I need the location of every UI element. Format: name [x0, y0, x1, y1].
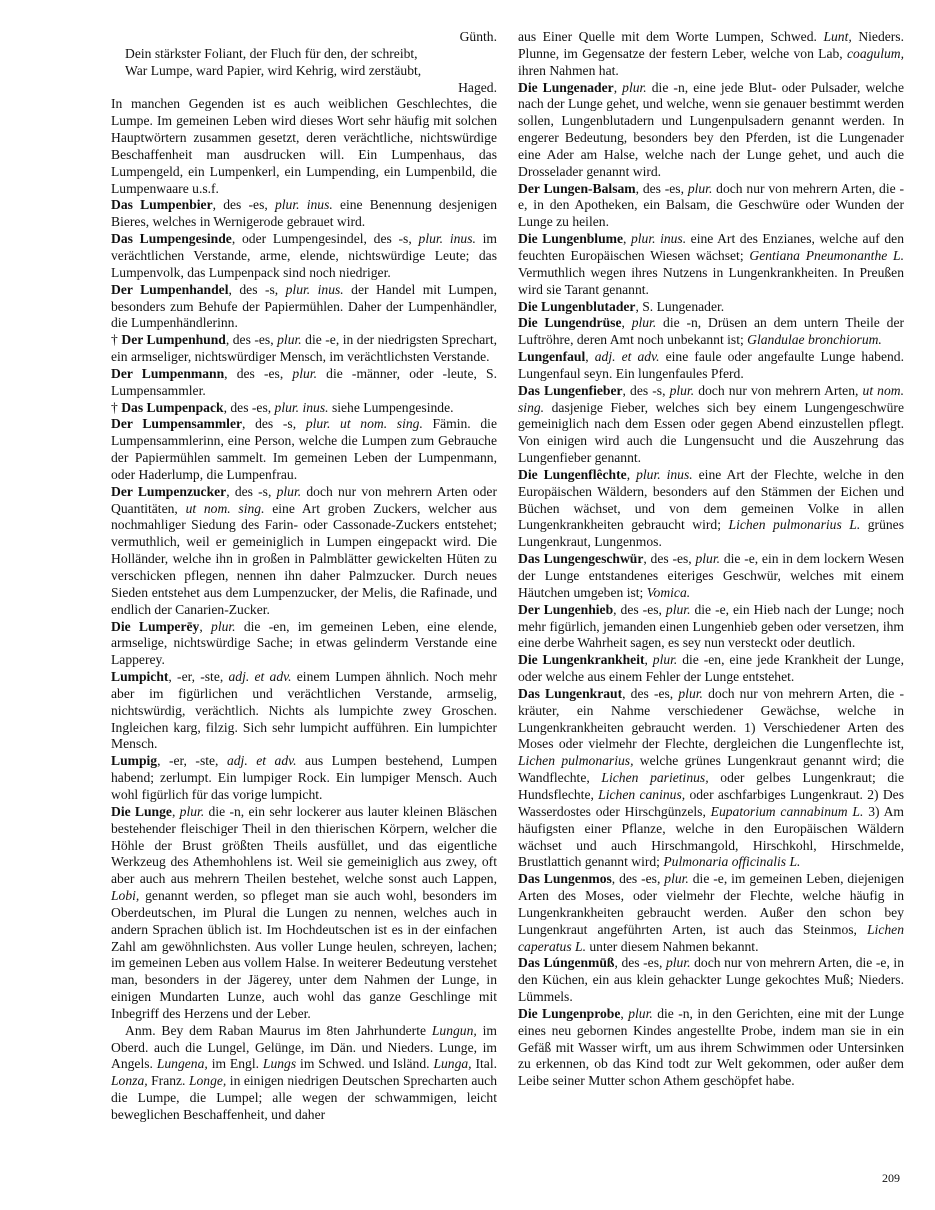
italic-term: plur. inus.	[636, 467, 693, 482]
entry-text: †	[111, 332, 121, 347]
italic-term: plur.	[277, 484, 302, 499]
italic-term: Eupatorium cannabinum L.	[711, 804, 864, 819]
italic-term: plur.	[180, 804, 205, 819]
left-column: Günth.Dein stärkster Foliant, der Fluch …	[111, 29, 497, 1124]
headword: Das Lúngenmūß	[518, 955, 615, 970]
italic-term: Lichen caninus,	[598, 787, 685, 802]
entry-text: , des -es,	[612, 871, 664, 886]
entry-text: siehe Lumpengesinde.	[329, 400, 454, 415]
italic-term: adj. et adv.	[227, 753, 297, 768]
entry-text: ,	[199, 619, 211, 634]
dictionary-entry: In manchen Gegenden ist es auch weiblich…	[111, 96, 497, 197]
entry-text: genannt werden, so pfleget man sie auch …	[111, 888, 497, 1021]
dictionary-entry: Anm. Bey dem Raban Maurus im 8ten Jahrhu…	[111, 1023, 497, 1124]
dictionary-entry: Die Lungendrüse, plur. die -n, Drüsen an…	[518, 315, 904, 349]
italic-term: adj. et adv.	[228, 669, 291, 684]
italic-term: plur.	[666, 602, 691, 617]
italic-term: plur.	[695, 551, 720, 566]
entry-text: , des -s,	[229, 282, 286, 297]
italic-term: Glandulae bronchiorum.	[747, 332, 882, 347]
italic-term: Lichen parietinus,	[601, 770, 708, 785]
italic-term: plur.	[666, 955, 691, 970]
dictionary-entry: † Das Lumpenpack, des -es, plur. inus. s…	[111, 400, 497, 417]
entry-text: aus Einer Quelle mit dem Worte Lumpen, S…	[518, 29, 823, 44]
italic-term: plur. ut nom. sing.	[306, 416, 423, 431]
entry-text: , des -es,	[213, 197, 275, 212]
entry-text: ,	[645, 652, 653, 667]
italic-term: Lobi,	[111, 888, 139, 903]
headword: Der Lumpensammler	[111, 416, 242, 431]
italic-term: Pulmonaria officinalis L.	[663, 854, 800, 869]
dictionary-entry: Haged.	[111, 80, 497, 97]
entry-text: Dein stärkster Foliant, der Fluch für de…	[125, 46, 418, 61]
italic-term: plur. inus.	[286, 282, 344, 297]
entry-text: , des -s,	[226, 484, 276, 499]
headword: Das Lungenkraut	[518, 686, 622, 701]
italic-term: plur.	[678, 686, 703, 701]
italic-term: Lichen pulmonarius,	[518, 753, 633, 768]
dictionary-entry: † Der Lumpenhund, des -es, plur. die -e,…	[111, 332, 497, 366]
headword: Der Lungenhieb	[518, 602, 613, 617]
dictionary-entry: Der Lumpenzucker, des -s, plur. doch nur…	[111, 484, 497, 619]
dictionary-entry: Das Lungenfieber, des -s, plur. doch nur…	[518, 383, 904, 467]
dictionary-entry: Die Lungenblutader, S. Lungenader.	[518, 299, 904, 316]
italic-term: Lungun,	[432, 1023, 477, 1038]
entry-text: , des -es,	[643, 551, 695, 566]
headword: Das Lumpenpack	[121, 400, 223, 415]
dictionary-entry: Lumpicht, -er, -ste, adj. et adv. einem …	[111, 669, 497, 753]
entry-text: , des -s,	[242, 416, 306, 431]
entry-text: Ital.	[472, 1056, 497, 1071]
headword: Der Lumpenzucker	[111, 484, 226, 499]
italic-term: Lunga,	[433, 1056, 471, 1071]
entry-text: dasjenige Fieber, welches sich bey einem…	[518, 400, 904, 466]
italic-term: Longe,	[189, 1073, 226, 1088]
italic-term: plur.	[277, 332, 302, 347]
italic-term: Gentiana Pneumonanthe L.	[749, 248, 904, 263]
entry-text: Anm. Bey dem Raban Maurus im 8ten Jahrhu…	[125, 1023, 432, 1038]
italic-term: plur.	[292, 366, 317, 381]
dictionary-entry: Das Lungenmos, des -es, plur. die -e, im…	[518, 871, 904, 955]
dictionary-entry: Das Lumpengesinde, oder Lumpengesindel, …	[111, 231, 497, 282]
entry-text: ,	[614, 80, 622, 95]
headword: Lungenfaul	[518, 349, 585, 364]
entry-text: , des -es,	[622, 686, 678, 701]
entry-text: ,	[172, 804, 180, 819]
dictionary-page: Günth.Dein stärkster Foliant, der Fluch …	[0, 0, 935, 1210]
entry-text: , des -es,	[615, 955, 666, 970]
italic-term: plur.	[688, 181, 713, 196]
headword: Die Lungenprobe	[518, 1006, 620, 1021]
headword: Die Lunge	[111, 804, 172, 819]
headword: Die Lumperēy	[111, 619, 199, 634]
headword: Die Lungenblutader	[518, 299, 635, 314]
dictionary-entry: Der Lungenhieb, des -es, plur. die -e, e…	[518, 602, 904, 653]
headword: Die Lungendrüse	[518, 315, 621, 330]
italic-term: Lungs	[263, 1056, 296, 1071]
italic-term: adj. et adv.	[595, 349, 660, 364]
dictionary-entry: Günth.	[111, 29, 497, 46]
dictionary-entry: Der Lungen-Balsam, des -es, plur. doch n…	[518, 181, 904, 232]
headword: Der Lungen-Balsam	[518, 181, 636, 196]
entry-text: unter diesem Nahmen bekannt.	[586, 939, 759, 954]
entry-text: ,	[623, 231, 631, 246]
italic-term: coagulum,	[847, 46, 904, 61]
entry-text: im Schwed. und Isländ.	[296, 1056, 433, 1071]
dictionary-entry: Die Lumperēy, plur. die -en, im gemeinen…	[111, 619, 497, 670]
headword: Lumpicht	[111, 669, 168, 684]
dictionary-entry: Die Lungenflêchte, plur. inus. eine Art …	[518, 467, 904, 551]
italic-term: ut nom. sing.	[186, 501, 265, 516]
entry-text: eine Art groben Zuckers, welcher aus noc…	[111, 501, 497, 617]
italic-term: plur. inus.	[275, 197, 333, 212]
entry-text: In manchen Gegenden ist es auch weiblich…	[111, 96, 497, 195]
entry-text: im Engl.	[208, 1056, 263, 1071]
entry-text: , des -s,	[623, 383, 670, 398]
entry-text: , des -es,	[613, 602, 666, 617]
headword: Der Lumpenhandel	[111, 282, 229, 297]
italic-term: plur.	[664, 871, 689, 886]
italic-term: plur.	[211, 619, 236, 634]
entry-text: , des -es,	[636, 181, 688, 196]
entry-text: , des -es,	[226, 332, 277, 347]
dictionary-entry: aus Einer Quelle mit dem Worte Lumpen, S…	[518, 29, 904, 80]
dictionary-entry: Die Lungenblume, plur. inus. eine Art de…	[518, 231, 904, 298]
dictionary-entry: Das Lungenkraut, des -es, plur. doch nur…	[518, 686, 904, 871]
entry-text: , -er, -ste,	[157, 753, 227, 768]
entry-text: doch nur von mehrern Arten,	[694, 383, 862, 398]
dictionary-entry: War Lumpe, ward Papier, wird Kehrig, wir…	[111, 63, 497, 80]
italic-term: plur.	[628, 1006, 653, 1021]
dictionary-entry: Lungenfaul, adj. et adv. eine faule oder…	[518, 349, 904, 383]
dictionary-entry: Die Lungenkrankheit, plur. die -en, eine…	[518, 652, 904, 686]
italic-term: Vomica.	[647, 585, 690, 600]
entry-text: ihren Nahmen hat.	[518, 63, 619, 78]
italic-term: plur.	[670, 383, 695, 398]
italic-term: plur. inus.	[631, 231, 686, 246]
entry-text: Franz.	[148, 1073, 189, 1088]
headword: Das Lungengeschwür	[518, 551, 643, 566]
entry-text: Haged.	[458, 80, 497, 95]
italic-term: plur. inus.	[419, 231, 476, 246]
headword: Lumpig	[111, 753, 157, 768]
dictionary-entry: Das Lúngenmūß, des -es, plur. doch nur v…	[518, 955, 904, 1006]
entry-text: , -er, -ste,	[168, 669, 228, 684]
entry-text: War Lumpe, ward Papier, wird Kehrig, wir…	[125, 63, 421, 78]
entry-text: ,	[585, 349, 595, 364]
headword: Das Lungenmos	[518, 871, 612, 886]
headword: Die Lungenblume	[518, 231, 623, 246]
dictionary-entry: Die Lungenprobe, plur. die -n, in den Ge…	[518, 1006, 904, 1090]
dictionary-entry: Die Lungenader, plur. die -n, eine jede …	[518, 80, 904, 181]
headword: Das Lumpenbier	[111, 197, 213, 212]
italic-term: plur.	[653, 652, 678, 667]
entry-text: , oder Lumpengesindel, des -s,	[232, 231, 419, 246]
dictionary-entry: Die Lunge, plur. die -n, ein sehr locker…	[111, 804, 497, 1023]
headword: Die Lungenflêchte	[518, 467, 627, 482]
italic-term: Lunt,	[823, 29, 851, 44]
headword: Die Lungenader	[518, 80, 614, 95]
headword: Das Lungenfieber	[518, 383, 623, 398]
entry-text: , des -es,	[224, 366, 292, 381]
italic-term: Lonza,	[111, 1073, 148, 1088]
italic-term: plur.	[622, 80, 647, 95]
dictionary-entry: Dein stärkster Foliant, der Fluch für de…	[111, 46, 497, 63]
entry-text: Vermuthlich wegen ihres Nutzens in Lunge…	[518, 265, 904, 297]
headword: Das Lumpengesinde	[111, 231, 232, 246]
headword: Der Lumpenhund	[121, 332, 225, 347]
headword: Die Lungenkrankheit	[518, 652, 645, 667]
dictionary-entry: Das Lungengeschwür, des -es, plur. die -…	[518, 551, 904, 602]
dictionary-entry: Der Lumpenmann, des -es, plur. die -männ…	[111, 366, 497, 400]
entry-text: ,	[627, 467, 636, 482]
entry-text: , S. Lungenader.	[635, 299, 724, 314]
entry-text: ,	[621, 315, 631, 330]
italic-term: Lungena,	[157, 1056, 208, 1071]
headword: Der Lumpenmann	[111, 366, 224, 381]
page-number: 209	[882, 1171, 900, 1186]
dictionary-entry: Lumpig, -er, -ste, adj. et adv. aus Lump…	[111, 753, 497, 804]
entry-text: †	[111, 400, 121, 415]
dictionary-entry: Das Lumpenbier, des -es, plur. inus. ein…	[111, 197, 497, 231]
italic-term: plur. inus.	[275, 400, 329, 415]
italic-term: plur.	[632, 315, 657, 330]
entry-text: Günth.	[460, 29, 497, 44]
right-column: aus Einer Quelle mit dem Worte Lumpen, S…	[518, 29, 904, 1090]
dictionary-entry: Der Lumpensammler, des -s, plur. ut nom.…	[111, 416, 497, 483]
entry-text: , des -es,	[224, 400, 275, 415]
dictionary-entry: Der Lumpenhandel, des -s, plur. inus. de…	[111, 282, 497, 333]
italic-term: Lichen pulmonarius L.	[729, 517, 861, 532]
